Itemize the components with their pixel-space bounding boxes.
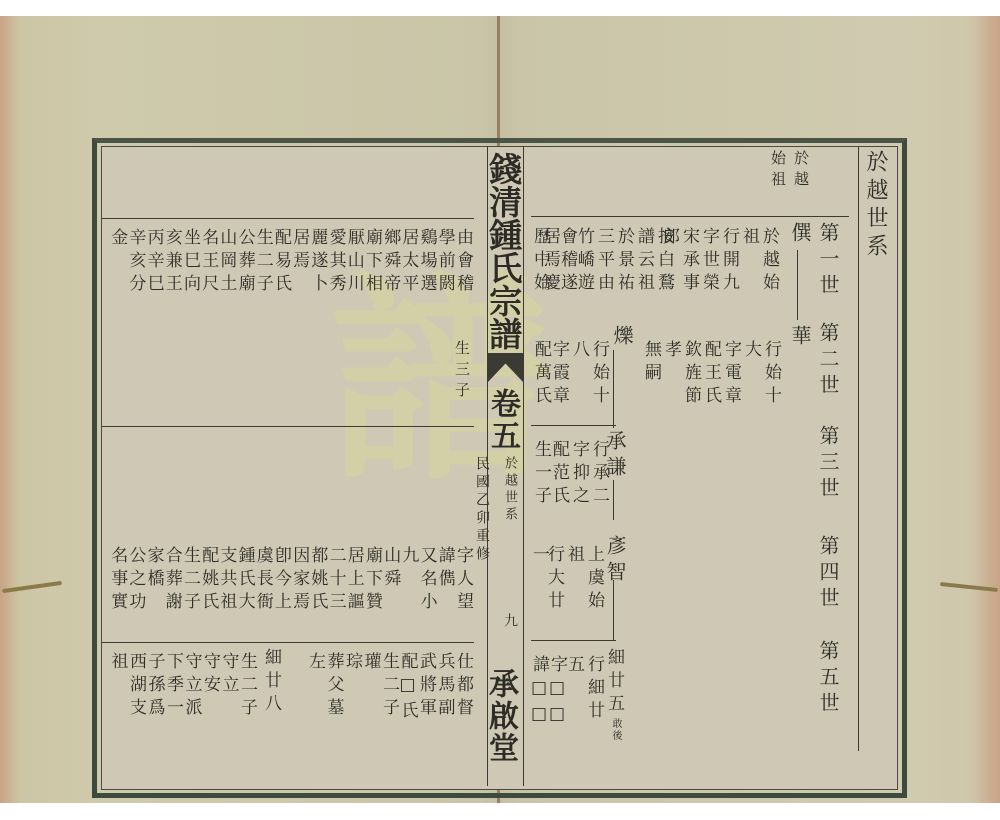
person-entry: 行始十 [590,340,607,409]
text-column: 配姚氏 [199,546,216,615]
top-note-1: 於越 [793,150,808,192]
person-entry: 一 [530,545,547,568]
text-column: 廟下贊 [363,546,380,615]
text-column: 武將軍 [417,652,434,721]
center-column: 錢清鍾氏宗譜 卷五 民國乙卯重修 於越世系 九 承啟堂 [473,138,531,798]
person-name-1: 僎 [790,222,810,248]
person-entry: 譜云祖 [635,227,652,296]
text-column: 字人望 [454,546,471,615]
lineage-line-3 [613,480,614,520]
person-entry: 行承二 [590,440,607,509]
person-entry: 配王氏 [702,340,719,409]
page-number: 九 [503,613,517,633]
text-column: 居焉 [290,228,307,274]
person-entry: 字霞章 [550,340,567,409]
person-entry: 八 [570,340,587,363]
text-column: 山岡土 [217,228,234,297]
text-column: 守安 [201,652,218,698]
person-entry: 三平由 [595,227,612,296]
text-column: 兵馬副 [436,652,453,721]
text-column: 支共祖 [217,546,234,615]
text-column: 生二子 [254,228,271,297]
generation-5: 第五世 [818,640,838,718]
person-entry: 竹嶠遊 [575,227,592,296]
text-column: 又名小 [418,546,435,615]
text-column: 由會稽 [454,228,471,297]
row3-left-name: 細廿八 [262,648,279,717]
person-entry: 字□□ [548,655,565,730]
person-name-6: 細廿五 [605,648,622,717]
person-entry: 五 [565,655,582,678]
text-column: 子孫爲 [146,652,163,721]
person-entry: 配范氏 [550,440,567,509]
text-column: 居上謳 [345,546,362,615]
lineage-line-4 [613,580,614,640]
text-column: 生二子 [238,652,255,721]
person-entry: 字世榮 [700,227,717,296]
text-column: 丙辛巳 [145,228,162,297]
text-column: 都姚氏 [308,546,325,615]
person-entry: 行始十 [762,340,779,409]
generation-3: 第三世 [818,425,838,503]
generation-4: 第四世 [818,535,838,613]
person-name-5: 彥智 [605,535,625,587]
text-column: 廟下相 [363,228,380,297]
branch-rule-1 [531,425,616,426]
person-entry: 宋承事 [680,227,697,296]
fishtail-mark [487,353,524,383]
person-name-2: 華 [790,325,810,351]
text-column: 仕都督 [454,652,471,721]
right-top-rule [531,216,849,217]
text-column: 下季一 [164,652,181,721]
branch-rule-2 [531,640,616,641]
text-column: 麗遂卜 [308,228,325,297]
person-entry: 於越始 [760,227,777,296]
person-entry: 配萬氏 [532,340,549,409]
text-column: 辛亥分 [126,228,143,297]
left-mid-rule [102,426,474,427]
person-entry: 祖 [565,545,582,568]
person-entry: 行開九 [720,227,737,296]
text-column: 家橋 [145,546,162,592]
text-column: 守立 [220,652,237,698]
text-column: 合葬謝 [163,546,180,615]
person-entry: 欽旌節 [682,340,699,409]
top-note-2: 始祖 [770,150,785,192]
person-entry: 大 [742,340,759,363]
corner-note: 敢後 [610,718,620,742]
person-entry: 諱□□ [530,655,547,730]
hall-name: 承啟堂 [485,668,515,764]
person-entry: 上虞始 [585,545,602,614]
person-entry: 孝 [662,340,679,363]
text-column: 居太平 [399,228,416,297]
text-column: 名王尺 [199,228,216,297]
person-entry: 無嗣 [642,340,659,386]
text-column: 二十三 [327,546,344,615]
text-column: 九 [399,546,416,569]
person-entry: 字抑之 [570,440,587,509]
text-column: 瓘 [362,652,379,675]
text-column: 配□氏 [399,652,416,724]
section-label: 於越世系 [503,456,516,524]
text-column: 生二子 [181,546,198,615]
text-column: 鄉舜帝 [381,228,398,297]
book-title: 錢清鍾氏宗譜 [485,152,521,350]
lineage-line-2 [613,350,614,428]
left-top-rule [102,218,474,219]
generation-2: 第二世 [818,322,838,400]
person-entry: 於景祐 [615,227,632,296]
edition-label: 民國乙卯重修 [475,456,489,564]
text-column: 諱儁 [436,546,453,592]
lineage-line-1 [797,250,798,320]
text-column: 虞長衙 [254,546,271,615]
person-entry: 生一子 [532,440,549,509]
text-column: 學前閼 [436,228,453,297]
person-entry: 字電章 [722,340,739,409]
text-column: 配易氏 [272,228,289,297]
right-header-divider [858,147,859,751]
text-column: 亥兼王 [163,228,180,297]
text-column: 因家焉 [290,546,307,615]
text-column: 名事實 [108,546,125,615]
text-column: 守立派 [183,652,200,721]
text-column: 坐巳向 [181,228,198,297]
person-entry: 祖 [740,227,757,250]
person-entry: 行細廿 [585,655,602,724]
text-column: 厭山川 [345,228,362,297]
text-column: 山舜 [381,546,398,592]
row1-note: 生三子 [454,340,469,403]
text-column: 琮 [343,652,360,675]
person-entry: 按白鶩 [655,227,672,296]
generation-1: 第一世 [818,222,838,300]
text-column: 生二子 [380,652,397,721]
text-column: 西湖支 [127,652,144,721]
text-column: 葬父墓 [325,652,342,721]
text-column: 公葬廟 [236,228,253,297]
text-column: 左 [306,652,323,675]
volume-label: 卷五 [487,388,517,452]
text-column: 卽今上 [272,546,289,615]
left-low-rule [102,642,474,643]
text-column: 鍾氏大 [236,546,253,615]
text-column: 愛其秀 [327,228,344,297]
person-name-3: 爍 [612,325,632,351]
right-header: 於越世系 [864,150,886,262]
text-column: 公之功 [126,546,143,615]
text-column: 鷄場選 [418,228,435,297]
text-column: 金 [108,228,125,251]
text-column: 祖 [109,652,126,675]
person-entry: 會稽遂 [558,227,575,296]
person-entry: 歷中始 [531,227,548,296]
